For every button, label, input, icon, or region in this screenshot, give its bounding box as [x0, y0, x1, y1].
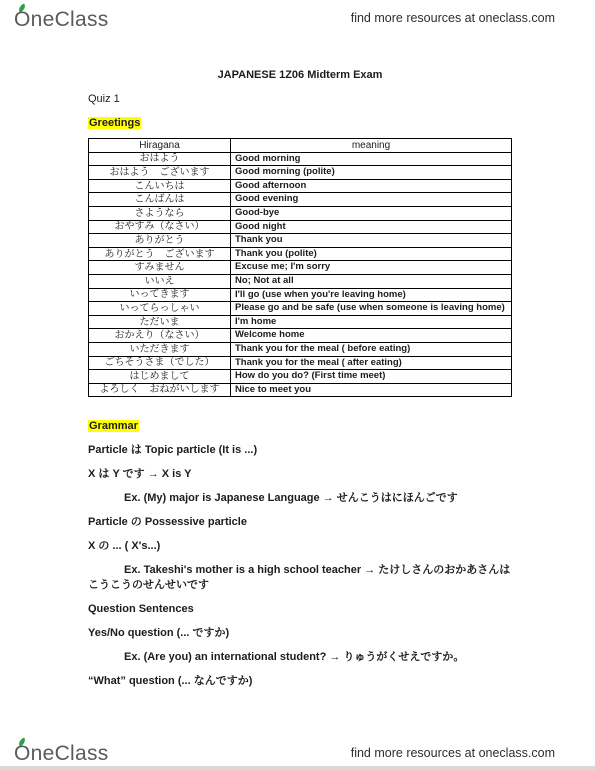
hiragana-cell: ありがとう	[89, 234, 231, 248]
hiragana-cell: いただきます	[89, 342, 231, 356]
table-row: おはよう ございます Good morning (polite)	[89, 166, 512, 180]
table-row: ありがとう Thank you	[89, 234, 512, 248]
grammar-line: Particle の Possessive particle	[88, 515, 512, 530]
table-row: おかえり（なさい） Welcome home	[89, 329, 512, 343]
meaning-cell: Thank you for the meal ( before eating)	[231, 342, 512, 356]
table-row: さようなら Good-bye	[89, 206, 512, 220]
table-row: いってらっしゃい Please go and be safe (use when…	[89, 302, 512, 316]
grammar-line: Yes/No question (... ですか)	[88, 626, 512, 641]
meaning-cell: Excuse me; I'm sorry	[231, 261, 512, 275]
oneclass-logo: OneClass	[14, 9, 109, 30]
find-resources-link-footer[interactable]: find more resources at oneclass.com	[351, 747, 555, 760]
grammar-line: X の ... ( X's...)	[88, 539, 512, 554]
meaning-cell: Good afternoon	[231, 179, 512, 193]
hiragana-cell: ただいま	[89, 315, 231, 329]
col-header-meaning: meaning	[231, 139, 512, 153]
grammar-section-heading: Grammar	[88, 419, 512, 434]
meaning-cell: Good night	[231, 220, 512, 234]
brand-text: OneClass	[14, 8, 109, 31]
meaning-cell: Good morning	[231, 152, 512, 166]
meaning-cell: Please go and be safe (use when someone …	[231, 302, 512, 316]
grammar-line: Particle は Topic particle (It is ...)	[88, 443, 512, 458]
table-row: いってきます I'll go (use when you're leaving …	[89, 288, 512, 302]
greetings-section-heading: Greetings	[88, 116, 512, 131]
hiragana-cell: いいえ	[89, 274, 231, 288]
greetings-table-body: おはよう Good morning おはよう ございます Good mornin…	[89, 152, 512, 397]
quiz-label: Quiz 1	[88, 92, 512, 107]
table-row: よろしく おねがいします Nice to meet you	[89, 383, 512, 397]
meaning-cell: Thank you	[231, 234, 512, 248]
grammar-line: X は Y です → X is Y	[88, 467, 512, 482]
meaning-cell: How do you do? (First time meet)	[231, 370, 512, 384]
greetings-table: Hiragana meaning おはよう Good morning おはよう …	[88, 138, 512, 397]
grammar-line: Ex. (My) major is Japanese Language → せん…	[88, 491, 512, 506]
hiragana-cell: おはよう	[89, 152, 231, 166]
table-row: すみません Excuse me; I'm sorry	[89, 261, 512, 275]
document-page: JAPANESE 1Z06 Midterm Exam Quiz 1 Greeti…	[88, 68, 512, 689]
hiragana-cell: こんいちは	[89, 179, 231, 193]
page-edge-strip	[0, 766, 595, 770]
meaning-cell: Welcome home	[231, 329, 512, 343]
meaning-cell: I'll go (use when you're leaving home)	[231, 288, 512, 302]
greetings-heading-highlight: Greetings	[88, 117, 141, 129]
grammar-line: Ex. Takeshi's mother is a high school te…	[88, 563, 512, 593]
hiragana-cell: おやすみ（なさい）	[89, 220, 231, 234]
table-row: おはよう Good morning	[89, 152, 512, 166]
hiragana-cell: さようなら	[89, 206, 231, 220]
meaning-cell: Nice to meet you	[231, 383, 512, 397]
col-header-hiragana: Hiragana	[89, 139, 231, 153]
hiragana-cell: いってきます	[89, 288, 231, 302]
hiragana-cell: はじめまして	[89, 370, 231, 384]
hiragana-cell: ありがとう ございます	[89, 247, 231, 261]
hiragana-cell: おはよう ございます	[89, 166, 231, 180]
grammar-line: Question Sentences	[88, 602, 512, 617]
brand-text: OneClass	[14, 742, 109, 765]
meaning-cell: No; Not at all	[231, 274, 512, 288]
grammar-line: Ex. (Are you) an international student? …	[88, 650, 512, 665]
oneclass-logo-footer: OneClass	[14, 743, 109, 764]
meaning-cell: Good evening	[231, 193, 512, 207]
table-row: いただきます Thank you for the meal ( before e…	[89, 342, 512, 356]
hiragana-cell: こんばんは	[89, 193, 231, 207]
table-header-row: Hiragana meaning	[89, 139, 512, 153]
table-row: こんいちは Good afternoon	[89, 179, 512, 193]
grammar-lines: Particle は Topic particle (It is ...) X …	[88, 443, 512, 689]
table-row: ありがとう ございます Thank you (polite)	[89, 247, 512, 261]
meaning-cell: Thank you (polite)	[231, 247, 512, 261]
meaning-cell: Good-bye	[231, 206, 512, 220]
hiragana-cell: すみません	[89, 261, 231, 275]
hiragana-cell: おかえり（なさい）	[89, 329, 231, 343]
table-row: ただいま I'm home	[89, 315, 512, 329]
find-resources-link[interactable]: find more resources at oneclass.com	[351, 12, 555, 25]
table-row: いいえ No; Not at all	[89, 274, 512, 288]
meaning-cell: I'm home	[231, 315, 512, 329]
grammar-heading-highlight: Grammar	[88, 420, 139, 432]
table-row: はじめまして How do you do? (First time meet)	[89, 370, 512, 384]
hiragana-cell: いってらっしゃい	[89, 302, 231, 316]
page-title: JAPANESE 1Z06 Midterm Exam	[88, 68, 512, 83]
hiragana-cell: よろしく おねがいします	[89, 383, 231, 397]
table-row: おやすみ（なさい） Good night	[89, 220, 512, 234]
table-row: ごちそうさま（でした） Thank you for the meal ( aft…	[89, 356, 512, 370]
hiragana-cell: ごちそうさま（でした）	[89, 356, 231, 370]
meaning-cell: Thank you for the meal ( after eating)	[231, 356, 512, 370]
table-row: こんばんは Good evening	[89, 193, 512, 207]
meaning-cell: Good morning (polite)	[231, 166, 512, 180]
grammar-line: “What” question (... なんですか)	[88, 674, 512, 689]
